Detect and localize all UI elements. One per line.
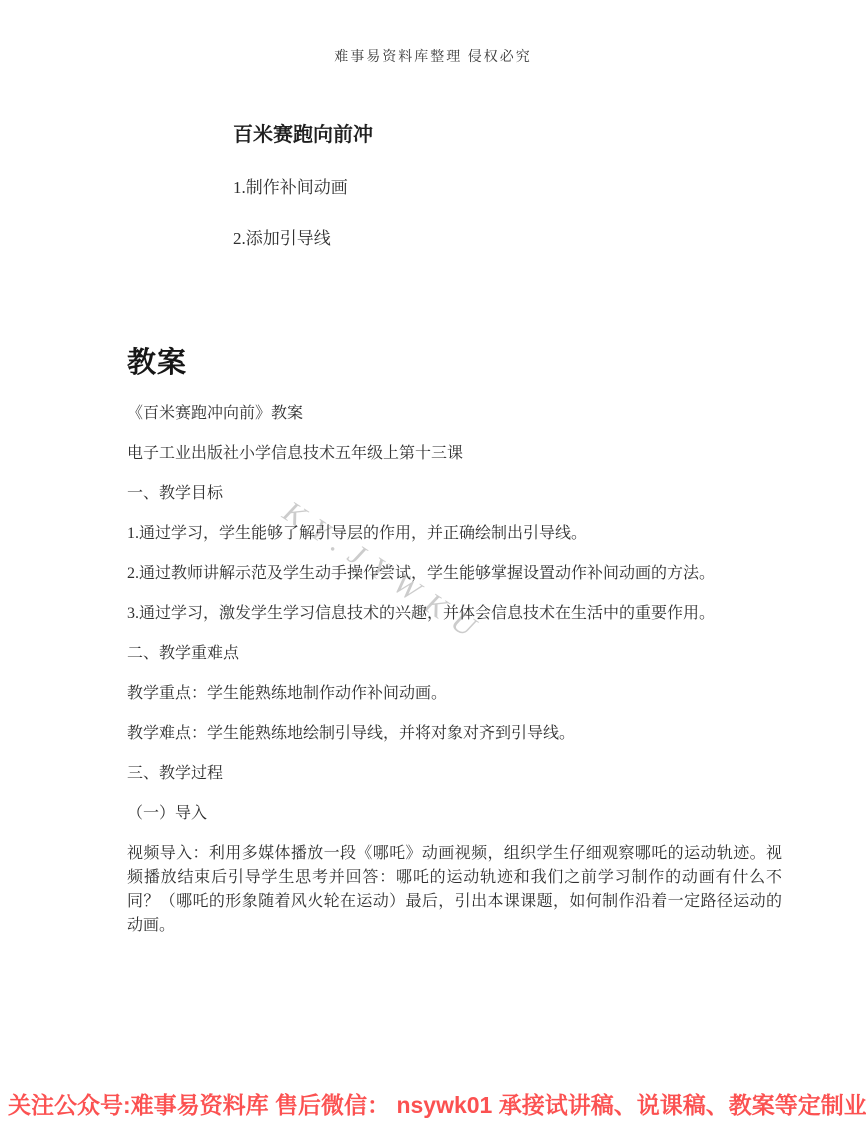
promo-footer-text: 关注公众号:难事易资料库 售后微信： nsywk01 承接试讲稿、说课稿、教案等… [8, 1087, 866, 1120]
promo-footer-banner: 关注公众号:难事易资料库 售后微信： nsywk01 承接试讲稿、说课稿、教案等… [0, 1084, 866, 1122]
page-header-note: 难事易资料库整理 侵权必究 [0, 46, 866, 66]
document-page: 难事易资料库整理 侵权必究 百米赛跑向前冲 1.制作补间动画 2.添加引导线 教… [0, 0, 866, 1122]
paragraph-difficult-point: 教学难点：学生能熟练地绘制引导线，并将对象对齐到引导线。 [127, 722, 782, 746]
paragraph-lesson-source: 电子工业出版社小学信息技术五年级上第十三课 [127, 442, 782, 466]
paragraph-lesson-title: 《百米赛跑冲向前》教案 [127, 402, 782, 426]
paragraph-intro-body: 视频导入：利用多媒体播放一段《哪吒》动画视频，组织学生仔细观察哪吒的运动轨迹。视… [127, 842, 782, 938]
paragraph-key-point: 教学重点：学生能熟练地制作动作补间动画。 [127, 682, 782, 706]
paragraph-objective-3: 3.通过学习，激发学生学习信息技术的兴趣，并体会信息技术在生活中的重要作用。 [127, 602, 782, 626]
outline-item-1: 1.制作补间动画 [233, 173, 653, 198]
lesson-plan-heading: 教案 [127, 340, 187, 381]
paragraph-objective-2: 2.通过教师讲解示范及学生动手操作尝试，学生能够掌握设置动作补间动画的方法。 [127, 562, 782, 586]
paragraph-objective-1: 1.通过学习，学生能够了解引导层的作用，并正确绘制出引导线。 [127, 522, 782, 546]
paragraph-section-2-heading: 二、教学重难点 [127, 642, 782, 666]
paragraph-section-1-heading: 一、教学目标 [127, 482, 782, 506]
outline-title: 百米赛跑向前冲 [233, 118, 653, 147]
outline-item-2: 2.添加引导线 [233, 224, 653, 249]
lesson-plan-body: 《百米赛跑冲向前》教案 电子工业出版社小学信息技术五年级上第十三课 一、教学目标… [127, 402, 782, 954]
paragraph-section-3-heading: 三、教学过程 [127, 762, 782, 786]
outline-block: 百米赛跑向前冲 1.制作补间动画 2.添加引导线 [233, 112, 653, 249]
paragraph-intro-heading: （一）导入 [127, 802, 782, 826]
